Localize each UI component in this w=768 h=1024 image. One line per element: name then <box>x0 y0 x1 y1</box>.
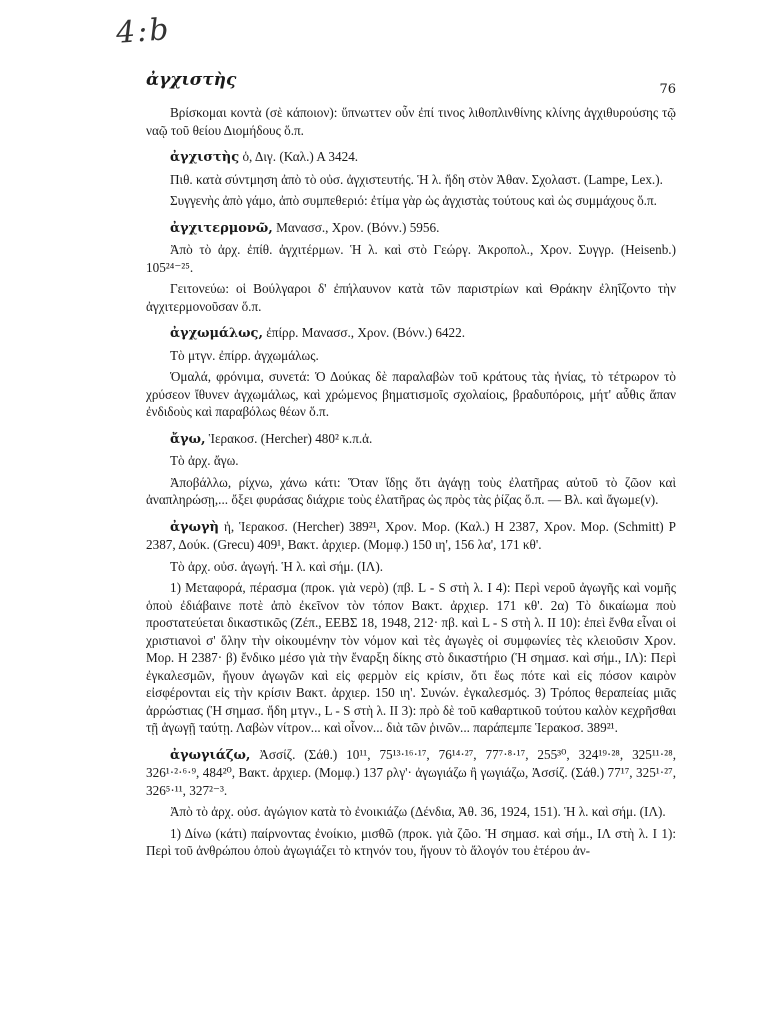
head-citations: Μανασσ., Χρον. (Βόνν.) 5956. <box>273 220 440 235</box>
entry-paragraph: Ἀπὸ τὸ ἀρχ. ἐπίθ. ἀγχιτέρμων. Ἡ λ. καὶ σ… <box>146 241 676 276</box>
head-citations: Ἱερακοσ. (Hercher) 480² κ.π.ἀ. <box>206 431 373 446</box>
entry-continuation: Βρίσκομαι κοντὰ (σὲ κάποιον): ὕπνωττεν ο… <box>146 104 676 139</box>
entry-head: ἄγω, Ἱερακοσ. (Hercher) 480² κ.π.ἀ. <box>146 430 676 449</box>
head-citations: ἡ, Ἱερακοσ. (Hercher) 389²¹, Χρον. Μορ. … <box>146 519 676 553</box>
entry-anchomalos: ἀγχωμάλως, ἐπίρρ. Μανασσ., Χρον. (Βόνν.)… <box>146 324 676 421</box>
head-citations: ὁ, Διγ. (Καλ.) Α 3424. <box>239 149 358 164</box>
running-head: ἀγχιστὴς <box>146 70 236 90</box>
entry-paragraph: Τὸ ἀρχ. ἄγω. <box>146 452 676 470</box>
entry-paragraph: 1) Μεταφορά, πέρασμα (προκ. γιὰ νερὸ) (π… <box>146 579 676 737</box>
entry-head: ἀγχιτερμονῶ, Μανασσ., Χρον. (Βόνν.) 5956… <box>146 219 676 238</box>
dictionary-column: Βρίσκομαι κοντὰ (σὲ κάποιον): ὕπνωττεν ο… <box>146 104 676 869</box>
entry-head: ἀγωγὴ ἡ, Ἱερακοσ. (Hercher) 389²¹, Χρον.… <box>146 518 676 554</box>
headword: ἀγχιτερμονῶ, <box>170 221 273 236</box>
entry-head: ἀγχωμάλως, ἐπίρρ. Μανασσ., Χρον. (Βόνν.)… <box>146 324 676 343</box>
page-number: 76 <box>659 82 676 97</box>
entry-paragraph: Συγγενὴς ἀπὸ γάμο, ἀπὸ συμπεθεριό: ἐτίμα… <box>146 192 676 210</box>
entry-agogiazo: ἀγωγιάζω, Ἀσσίζ. (Σάθ.) 10¹¹, 75¹³·¹⁶·¹⁷… <box>146 746 676 860</box>
entry-paragraph: Γειτονεύω: οἱ Βούλγαροι δ' ἐπήλαυνον κατ… <box>146 280 676 315</box>
entry-paragraph: Τὸ μτγν. ἐπίρρ. ἀγχωμάλως. <box>146 347 676 365</box>
entry-ago: ἄγω, Ἱερακοσ. (Hercher) 480² κ.π.ἀ. Τὸ ἀ… <box>146 430 676 509</box>
entry-agogi: ἀγωγὴ ἡ, Ἱερακοσ. (Hercher) 389²¹, Χρον.… <box>146 518 676 737</box>
headword: ἀγχωμάλως, <box>170 326 263 341</box>
entry-anchistis: ἀγχιστὴς ὁ, Διγ. (Καλ.) Α 3424. Πιθ. κατ… <box>146 148 676 210</box>
headword: ἀγωγιάζω, <box>170 748 250 763</box>
entry-head: ἀγωγιάζω, Ἀσσίζ. (Σάθ.) 10¹¹, 75¹³·¹⁶·¹⁷… <box>146 746 676 800</box>
headword: ἀγχιστὴς <box>170 150 239 165</box>
handwritten-page-note: 4:b <box>115 12 172 51</box>
entry-paragraph: Βρίσκομαι κοντὰ (σὲ κάποιον): ὕπνωττεν ο… <box>146 104 676 139</box>
entry-paragraph: Τὸ ἀρχ. οὐσ. ἀγωγή. Ἡ λ. καὶ σήμ. (ΙΛ). <box>146 558 676 576</box>
entry-paragraph: 1) Δίνω (κάτι) παίρνοντας ἐνοίκιο, μισθῶ… <box>146 825 676 860</box>
head-citations: ἐπίρρ. Μανασσ., Χρον. (Βόνν.) 6422. <box>263 325 465 340</box>
entry-paragraph: Ὁμαλά, φρόνιμα, συνετά: Ὁ Δούκας δὲ παρα… <box>146 368 676 421</box>
entry-paragraph: Ἀπὸ τὸ ἀρχ. οὐσ. ἀγώγιον κατὰ τὸ ἐνοικιά… <box>146 803 676 821</box>
entry-paragraph: Πιθ. κατὰ σύντμηση ἀπὸ τὸ οὐσ. ἀγχιστευτ… <box>146 171 676 189</box>
headword: ἀγωγὴ <box>170 520 219 535</box>
entry-paragraph: Ἀποβάλλω, ρίχνω, χάνω κάτι: Ὅταν ἴδῃς ὅτ… <box>146 474 676 509</box>
entry-head: ἀγχιστὴς ὁ, Διγ. (Καλ.) Α 3424. <box>146 148 676 167</box>
headword: ἄγω, <box>170 432 206 447</box>
entry-anchitermono: ἀγχιτερμονῶ, Μανασσ., Χρον. (Βόνν.) 5956… <box>146 219 676 316</box>
